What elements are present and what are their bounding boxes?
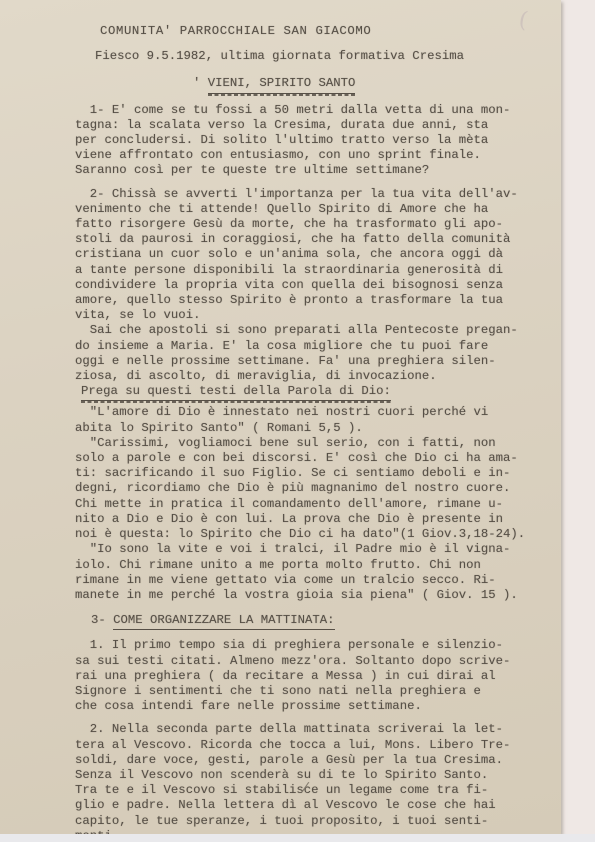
paragraph-pentecoste: Sai che apostoli si sono preparati alla …	[75, 323, 545, 384]
text-line: venimento che ti attende! Quello Spirito…	[75, 202, 545, 217]
document-title-row: ' VIENI, SPIRITO SANTO	[193, 76, 545, 93]
quote-romani: "L'amore di Dio è innestato nei nostri c…	[75, 405, 545, 435]
mattinata-point-1: 1. Il primo tempo sia di preghiera perso…	[75, 638, 545, 714]
text-line: iolo. Chi rimane unito a me porta molto …	[75, 558, 545, 573]
text-line: a tante persone disponibili la straordin…	[75, 263, 545, 278]
dateline: Fiesco 9.5.1982, ultima giornata formati…	[95, 49, 545, 64]
text-line: fatto risorgere Gesù da morte, che ha tr…	[75, 217, 545, 232]
scanned-page-background: { "colors": { "paper": "#dbd2c1", "ink":…	[0, 0, 595, 842]
title-prefix-mark: '	[193, 76, 208, 90]
heading-prefix: 3-	[91, 613, 113, 627]
text-line: che cosa intendi fare nelle prossime set…	[75, 699, 545, 714]
text-line: stoli da paurosi in coraggiosi, che ha f…	[75, 232, 545, 247]
text-line: do insieme a Maria. E' la cosa migliore …	[75, 339, 545, 354]
text-line: abita lo Spirito Santo" ( Romani 5,5 ).	[75, 421, 545, 436]
text-line: Saranno così per te queste tre ultime se…	[75, 163, 545, 178]
text-line: rai una preghiera ( da recitare a Messa …	[75, 669, 545, 684]
text-line: 1. Il primo tempo sia di preghiera perso…	[75, 638, 545, 653]
text-line: tagna: la scalata verso la Cresima, dura…	[75, 118, 545, 133]
text-line: condividere la propria vita con quella d…	[75, 278, 545, 293]
text-line: 1- E' come se tu fossi a 50 metri dalla …	[75, 103, 545, 118]
text-line: amore, quello stesso Spirito è pronto a …	[75, 293, 545, 308]
text-line: 2- Chissà se avverti l'importanza per la…	[75, 187, 545, 202]
section-heading-prega: Prega su questi testi della Parola di Di…	[75, 384, 545, 401]
scanned-paper-sheet: COMUNITA' PARROCCHIALE SAN GIACOMO Fiesc…	[0, 0, 561, 834]
text-line: vita, se lo vuoi.	[75, 308, 545, 323]
text-line: solo a parole e con bei discorsi. E' cos…	[75, 451, 545, 466]
scanner-bed-strip	[0, 834, 595, 842]
text-line: viene affrontato con entusiasmo, con uno…	[75, 148, 545, 163]
text-line: tera al Vescovo. Ricorda che tocca a lui…	[75, 738, 545, 753]
text-line: 2. Nella seconda parte della mattinata s…	[75, 722, 545, 737]
text-line: rimane in me viene gettato via come un t…	[75, 573, 545, 588]
text-line: per concludersi. Di solito l'ultimo trat…	[75, 133, 545, 148]
text-line: degni, ricordiamo che Dio è più magnanim…	[75, 481, 545, 496]
section-heading: Prega su questi testi della Parola di Di…	[81, 384, 391, 401]
text-line: ti: sacrificando il suo Figlio. Se ci se…	[75, 466, 545, 481]
text-line: manete in me perché la vostra gioia sia …	[75, 588, 545, 603]
text-line: capito, le tue speranze, i tuoi proposit…	[75, 814, 545, 829]
quote-vite-tralci: "Io sono la vite e voi i tralci, il Padr…	[75, 542, 545, 603]
section-heading: COME ORGANIZZARE LA MATTINATA:	[113, 613, 334, 630]
document-body: 1- E' come se tu fossi a 50 metri dalla …	[75, 103, 545, 842]
document-title: VIENI, SPIRITO SANTO	[208, 76, 356, 93]
section-heading-mattinata: 3- COME ORGANIZZARE LA MATTINATA:	[75, 613, 545, 630]
organization-header: COMUNITA' PARROCCHIALE SAN GIACOMO	[100, 24, 545, 39]
text-line: "Carissimi, vogliamoci bene sul serio, c…	[75, 436, 545, 451]
text-line: nito a Dio e Dio è con lui. La prova che…	[75, 512, 545, 527]
text-line: glio e padre. Nella lettera dì al Vescov…	[75, 798, 545, 813]
quote-carissimi: "Carissimi, vogliamoci bene sul serio, c…	[75, 436, 545, 542]
text-line: noi è questa: lo Spirito che Dio ci ha d…	[75, 527, 545, 542]
text-line: cristiana un cuor solo e un'anima sola, …	[75, 247, 545, 262]
paragraph-2: 2- Chissà se avverti l'importanza per la…	[75, 187, 545, 324]
text-line: Tra te e il Vescovo si stabilisce un leg…	[75, 783, 545, 798]
pen-check-mark: /	[300, 781, 310, 798]
text-line: oggi e nelle prossime settimane. Fa' una…	[75, 354, 545, 369]
text-line: sa sui testi citati. Almeno mezz'ora. So…	[75, 654, 545, 669]
text-line: "L'amore di Dio è innestato nei nostri c…	[75, 405, 545, 420]
intro-paragraph-1: 1- E' come se tu fossi a 50 metri dalla …	[75, 103, 545, 179]
text-line: Signore i sentimenti che ti sono nati ne…	[75, 684, 545, 699]
text-line: ziosa, di ascolto, di meraviglia, di inv…	[75, 369, 545, 384]
typewritten-content: COMUNITA' PARROCCHIALE SAN GIACOMO Fiesc…	[75, 24, 545, 842]
text-line: Sai che apostoli si sono preparati alla …	[75, 323, 545, 338]
text-line: "Io sono la vite e voi i tralci, il Padr…	[75, 542, 545, 557]
text-line: Chi mette in pratica il comandamento del…	[75, 497, 545, 512]
text-line: soldi, dare voce, gesti, parole a Gesù p…	[75, 753, 545, 768]
